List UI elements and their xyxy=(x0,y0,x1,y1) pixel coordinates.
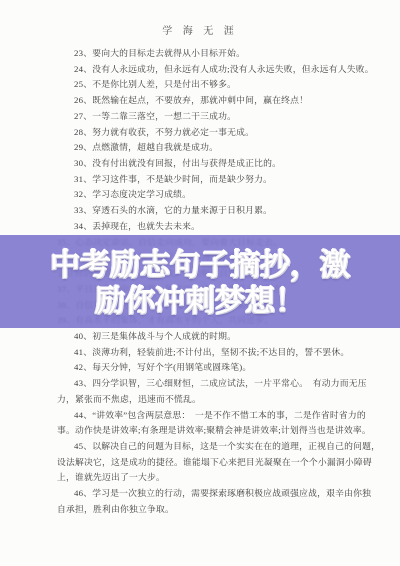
doc-line: 40、初三是集体战斗与个人成就的时期。 xyxy=(57,329,377,345)
doc-line: 力，紧张而不焦虑，迅速而不慌乱。 xyxy=(57,392,377,408)
banner-title-line2: 励你冲刺梦想！ xyxy=(95,284,305,320)
page-header-title: 学 海 无 涯 xyxy=(0,22,400,37)
doc-line: 26、既然输在起点，不要放弃，那就冲刺中间，赢在终点！ xyxy=(57,93,377,109)
scanned-document-page: 学 海 无 涯 23、要向大的目标走去就得从小目标开始。24、没有人永远成功，但… xyxy=(0,0,400,566)
doc-line: 44、“讲效率”包含两层意思： 一是不作不惜工本的事，二是作省时省力的 xyxy=(57,408,377,424)
doc-line: 上，谁就先迈出了一大步。 xyxy=(57,470,377,486)
doc-line: 27、一等二靠三落空，一想二干三成功。 xyxy=(57,109,377,125)
doc-line: 事。动作快是讲效率;有条理是讲效率;聚精会神是讲效率;计划得当也是讲效率。 xyxy=(57,423,377,439)
doc-line: 41、淡薄功利，轻装前进;不计付出，坚韧不拔;不达目的，誓不罢休。 xyxy=(57,345,377,361)
doc-line: 29、点燃激情，超越自我就是成功。 xyxy=(57,140,377,156)
doc-line: 自承担，胜利由你独立争取。 xyxy=(57,502,377,518)
caption-banner: 中考励志句子摘抄，激 励你冲刺梦想！ xyxy=(0,235,400,328)
doc-line: 45、以解决自己的问题为目标，这是一个实实在在的道理，正视自己的问题， xyxy=(57,439,377,455)
doc-line: 31、学习这件事，不是缺少时间，而是缺少努力。 xyxy=(57,172,377,188)
doc-line: 设法解决它，这是成功的捷径。谁能塌下心来把目光凝聚在一个个小漏洞小障碍 xyxy=(57,455,377,471)
doc-line: 42、每天分钟，写好个字(用钢笔或圆珠笔)。 xyxy=(57,360,377,376)
doc-line: 33、穿透石头的水滴，它的力量来源于日积月累。 xyxy=(57,203,377,219)
doc-line: 23、要向大的目标走去就得从小目标开始。 xyxy=(57,46,377,62)
doc-line: 34、丢掉现在，也就失去未来。 xyxy=(57,219,377,235)
doc-line: 28、努力就有收获，不努力就必定一事无成。 xyxy=(57,125,377,141)
doc-line: 32、学习态度决定学习成绩。 xyxy=(57,187,377,203)
doc-line: 25、不是你比别人差，只是付出不够多。 xyxy=(57,77,377,93)
doc-line: 24、没有人永远成功，但永远有人成功;没有人永远失败，但永远有人失败。 xyxy=(57,62,377,78)
banner-title-line1: 中考励志句子摘抄，激 xyxy=(50,248,350,284)
doc-line: 46、学习是一次独立的行动，需要探索琢磨积极应战顽强应战，艰辛由你独 xyxy=(57,486,377,502)
doc-line: 43、四分学识智，三心细财恒，二成应试法，一片平常心。 有动力而无压 xyxy=(57,376,377,392)
doc-line: 30、没有付出就没有回报，付出与获得是成正比的。 xyxy=(57,156,377,172)
